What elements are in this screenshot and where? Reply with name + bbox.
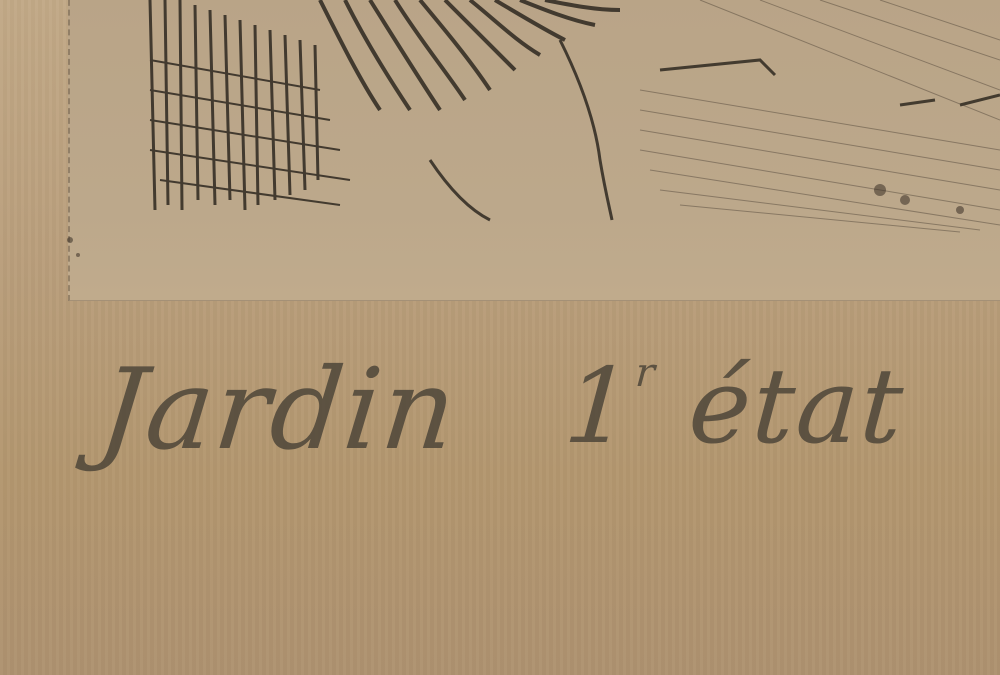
title-text: Jardin [93, 345, 464, 475]
stipple-marks [67, 184, 964, 257]
state-number: 1 [561, 345, 638, 467]
state-inscription: 1r état [561, 345, 909, 467]
dark-hatching-area [150, 0, 1000, 220]
state-word: état [650, 345, 909, 467]
etching-image [0, 0, 1000, 300]
light-hatching-area [640, 0, 1000, 232]
title-inscription: Jardin [93, 345, 464, 475]
